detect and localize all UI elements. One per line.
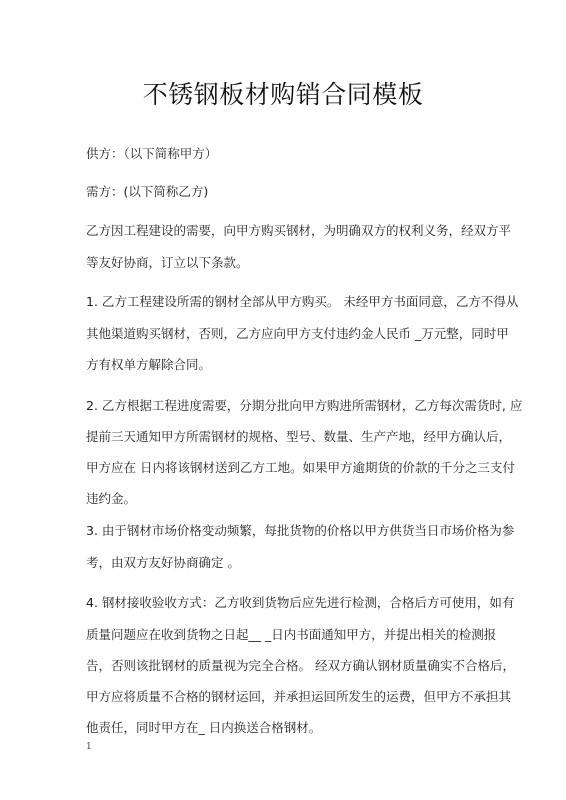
clause-line: 2. 乙方根据工程进度需要，分期分批向甲方购进所需钢材，乙方每次需货时, 应: [86, 398, 522, 414]
intro-line: 等友好协商，订立以下条款。: [86, 255, 249, 271]
buyer-line: 需方：(以下简称乙方): [86, 184, 208, 200]
clause-line: 违约金。: [86, 491, 136, 507]
clause-line: 提前三天通知甲方所需钢材的规格、型号、数量、生产产地，经甲方确认后，: [86, 429, 511, 445]
page-number: 1: [86, 742, 92, 752]
clause-line: 甲方应在 日内将该钢材送到乙方工地。如果甲方逾期货的价款的千分之三支付: [86, 460, 515, 476]
clause-line: 考，由双方友好协商确定 。: [86, 555, 240, 571]
document-title: 不锈钢板材购销合同模板: [0, 80, 566, 110]
clause-line: 告，否则该批钢材的质量视为完全合格。 经双方确认钢材质量确实不合格后，: [86, 658, 515, 674]
clause-line: 3. 由于钢材市场价格变动频繁，每批货物的价格以甲方供货当日市场价格为参: [86, 523, 514, 539]
clause-line: 他责任，同时甲方在_ 日内换送合格钢材。: [86, 720, 321, 736]
clause-line: 甲方应将质量不合格的钢材运回，并承担运回所发生的运费，但甲方不承担其: [86, 689, 511, 705]
clause-line: 质量问题应在收到货物之日起__ _日内书面通知甲方，并提出相关的检测报: [86, 627, 496, 643]
clause-line: 方有权单方解除合同。: [86, 357, 211, 373]
intro-line: 乙方因工程建设的需要，向甲方购买钢材，为明确双方的权利义务，经双方平: [86, 223, 511, 239]
clause-line: 其他渠道购买钢材，否则，乙方应向甲方支付违约金人民币 _万元整，同时甲: [86, 326, 509, 342]
clause-line: 4. 钢材接收验收方式：乙方收到货物后应先进行检测，合格后方可使用，如有: [86, 595, 514, 611]
supplier-line: 供方：（以下简称甲方）: [86, 146, 217, 162]
clause-line: 1. 乙方工程建设所需的钢材全部从甲方购买。 未经甲方书面同意，乙方不得从: [86, 294, 518, 310]
